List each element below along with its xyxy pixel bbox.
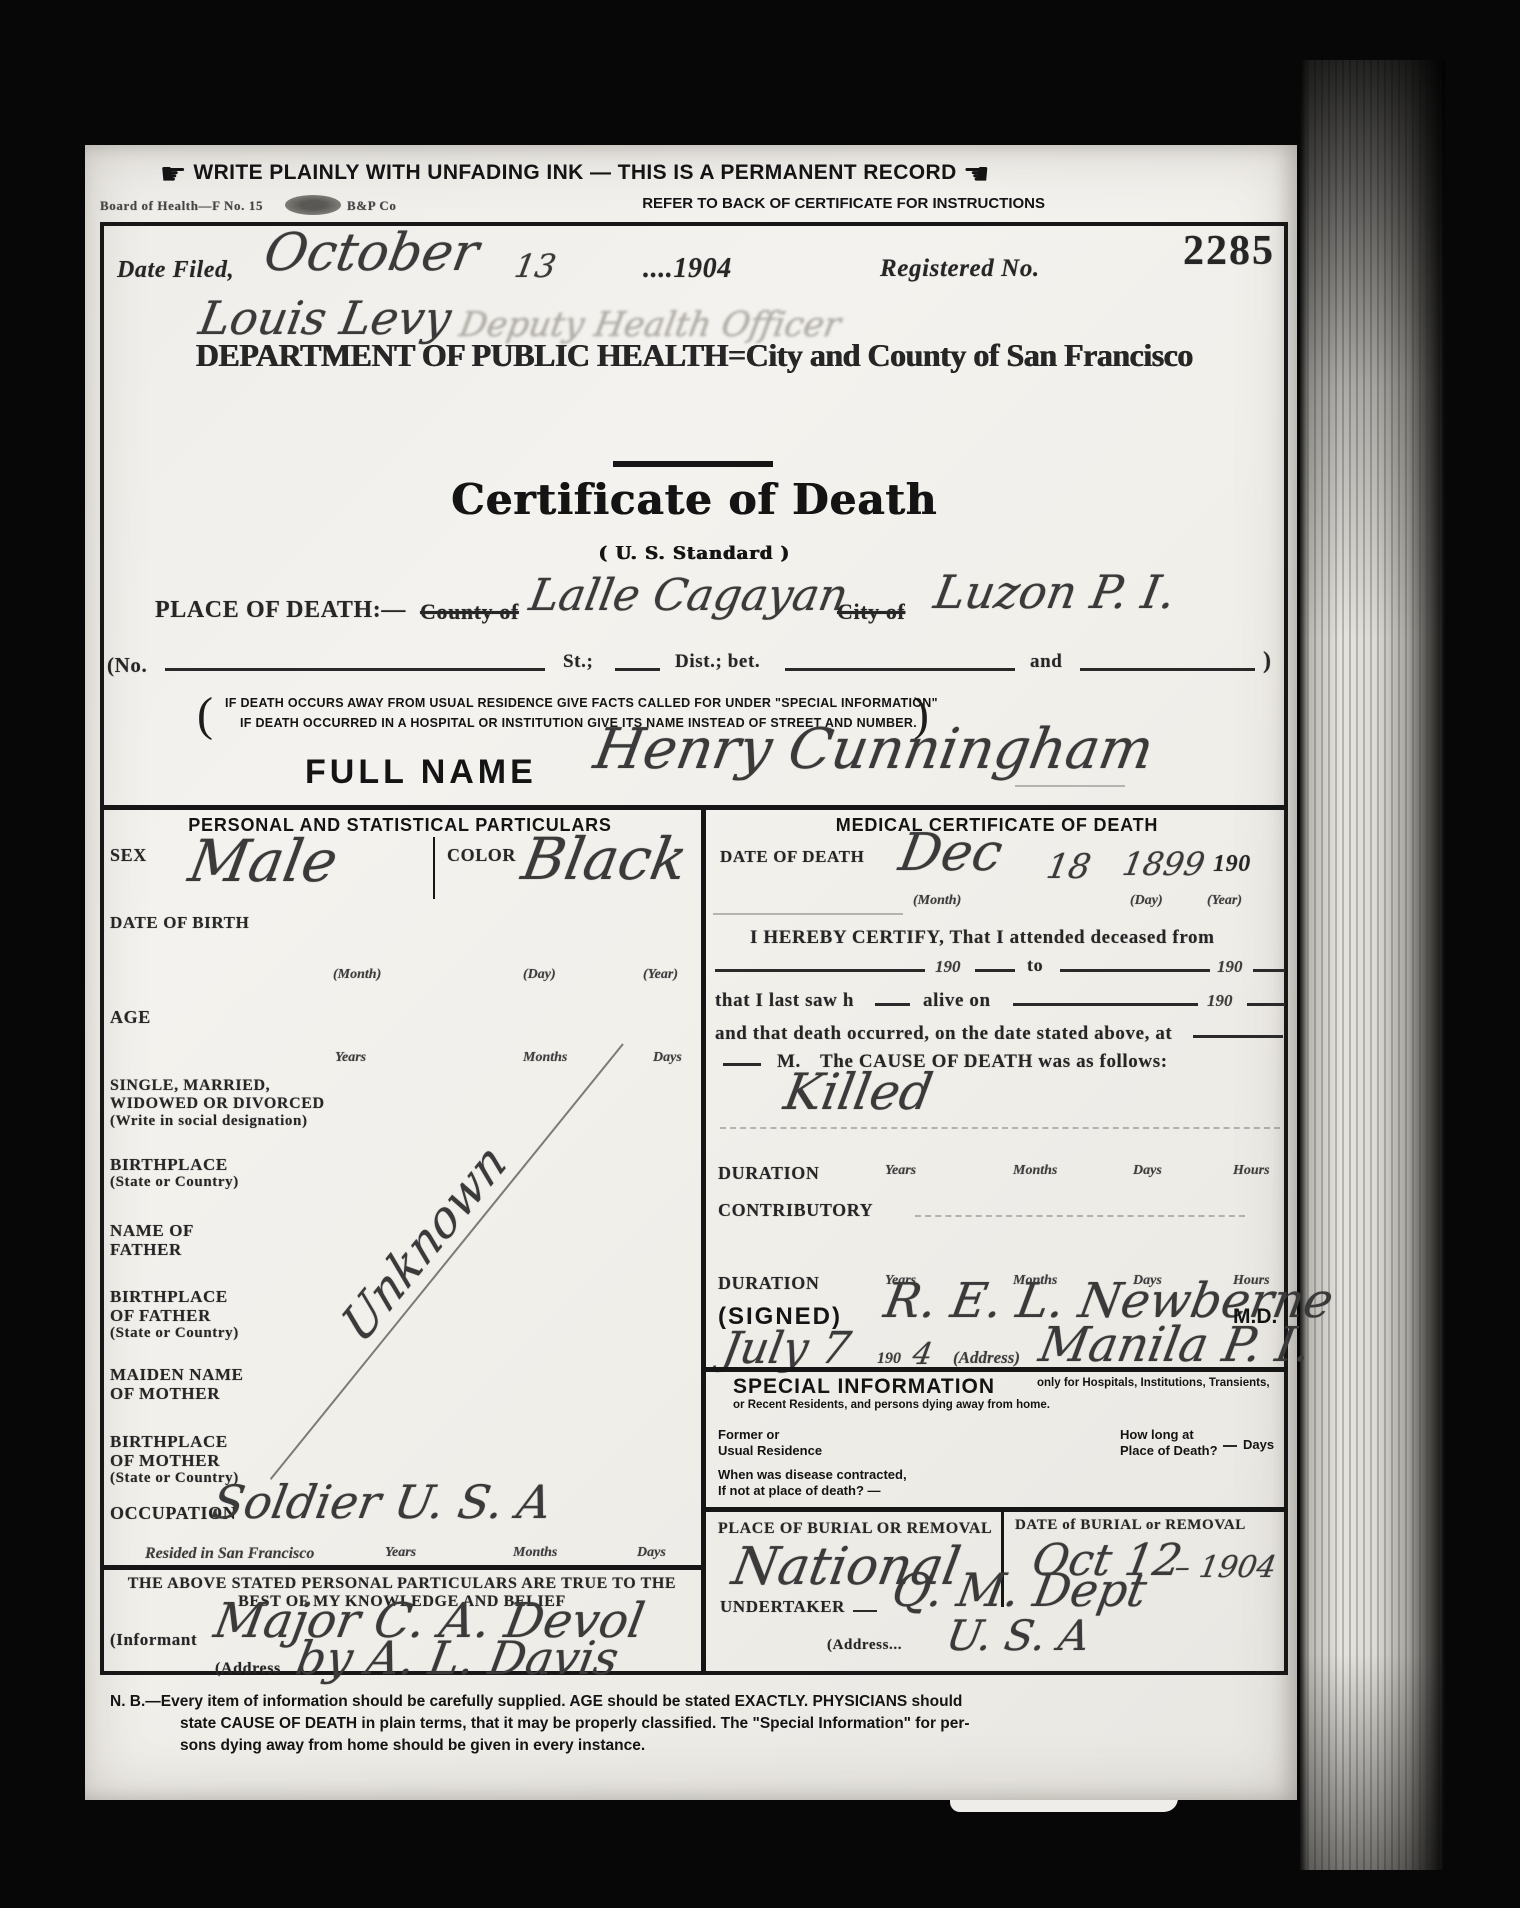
how-long-dash bbox=[1223, 1445, 1237, 1447]
county-of-label: County of bbox=[420, 599, 519, 625]
special-title: SPECIAL INFORMATION bbox=[733, 1375, 995, 1399]
signed-address-value: Manila P. I. bbox=[1035, 1317, 1315, 1373]
marital-label-1: SINGLE, MARRIED, bbox=[110, 1077, 270, 1095]
how-long-label-1: How long at bbox=[1120, 1427, 1194, 1442]
informant-address-value: by A. L. Davis bbox=[292, 1631, 622, 1685]
dod-year-printed: 190 bbox=[1213, 851, 1251, 878]
resided-label: Resided in San Francisco bbox=[145, 1545, 314, 1563]
form-reference: Board of Health—F No. 15 bbox=[100, 198, 263, 214]
age-days-hint: Days bbox=[653, 1050, 682, 1066]
certificate-title: Certificate of Death bbox=[100, 475, 1288, 524]
undertaker-dash bbox=[853, 1610, 877, 1612]
stamp-mark bbox=[285, 195, 341, 215]
contracted-label-2: If not at place of death? — bbox=[718, 1483, 881, 1498]
certify-190b: 190 bbox=[1217, 957, 1243, 977]
father-birthplace-label-1: BIRTHPLACE bbox=[110, 1287, 228, 1307]
date-of-death-year-hw: 1899 bbox=[1120, 845, 1208, 883]
age-label: AGE bbox=[110, 1007, 151, 1028]
special-top-rule bbox=[703, 1367, 1288, 1372]
us-standard: ( U. S. Standard ) bbox=[100, 543, 1288, 564]
contributory-label: CONTRIBUTORY bbox=[718, 1200, 873, 1221]
mother-birthplace-label-2: OF MOTHER bbox=[110, 1451, 220, 1471]
duration1-hours: Hours bbox=[1233, 1163, 1270, 1179]
street-close-paren: ) bbox=[1263, 648, 1272, 675]
special-title-small-2: or Recent Residents, and persons dying a… bbox=[733, 1399, 1050, 1411]
certificate-paper: ☛ WRITE PLAINLY WITH UNFADING INK — THIS… bbox=[85, 145, 1297, 1800]
certify-line1-dash1 bbox=[715, 969, 925, 972]
color-value: Black bbox=[517, 825, 692, 893]
dod-month-hint: (Month) bbox=[913, 893, 961, 909]
note-open-paren: ( bbox=[197, 687, 213, 742]
certify-line: I HEREBY CERTIFY, That I attended deceas… bbox=[750, 927, 1215, 949]
dob-label: DATE OF BIRTH bbox=[110, 913, 249, 933]
contracted-label-1: When was disease contracted, bbox=[718, 1467, 907, 1482]
date-filed-year: ....1904 bbox=[643, 253, 732, 285]
sex-color-divider bbox=[433, 837, 435, 899]
how-long-label-2: Place of Death? bbox=[1120, 1443, 1218, 1458]
dod-day-hint: (Day) bbox=[1130, 893, 1163, 909]
signed-year-printed: 190 bbox=[877, 1350, 901, 1368]
last-saw-label: that I last saw h bbox=[715, 990, 854, 1012]
attestation-line1: THE ABOVE STATED PERSONAL PARTICULARS AR… bbox=[103, 1575, 701, 1593]
sex-label: SEX bbox=[110, 845, 147, 866]
residence-note-line1: IF DEATH OCCURS AWAY FROM USUAL RESIDENC… bbox=[225, 696, 1185, 710]
full-name-value: Henry Cunningham bbox=[589, 717, 1158, 782]
duration-label-2: DURATION bbox=[718, 1273, 819, 1294]
former-label-1: Former or bbox=[718, 1427, 779, 1442]
burial-top-rule bbox=[703, 1507, 1288, 1512]
undertaker-address-label: (Address... bbox=[827, 1637, 902, 1654]
father-label-2: FATHER bbox=[110, 1240, 182, 1260]
st-line bbox=[615, 668, 660, 671]
registered-number: 2285 bbox=[1125, 227, 1275, 275]
department-title: DEPARTMENT OF PUBLIC HEALTH=City and Cou… bbox=[100, 337, 1288, 374]
date-of-death-month-value: Dec bbox=[895, 823, 1007, 883]
how-long-days-label: Days bbox=[1243, 1437, 1274, 1452]
no-line bbox=[165, 668, 545, 671]
footnote-line3: sons dying away from home should be give… bbox=[180, 1737, 645, 1755]
marital-label-3: (Write in social designation) bbox=[110, 1113, 308, 1130]
cause-line bbox=[720, 1127, 1280, 1129]
resided-days-hint: Days bbox=[637, 1545, 666, 1561]
death-occurred-label: and that death occurred, on the date sta… bbox=[715, 1023, 1172, 1045]
birthplace-label-1: BIRTHPLACE bbox=[110, 1155, 228, 1175]
sex-value: Male bbox=[184, 827, 343, 895]
burial-place-label: PLACE OF BURIAL OR REMOVAL bbox=[718, 1520, 992, 1538]
pointing-hand-left-icon: ☚ bbox=[963, 157, 990, 192]
pointing-hand-right-icon: ☛ bbox=[160, 157, 187, 192]
last-saw-dash3 bbox=[1247, 1003, 1285, 1006]
date-filed-label: Date Filed, bbox=[117, 257, 234, 284]
certify-line1-dash4 bbox=[1253, 969, 1285, 972]
dist-line bbox=[785, 668, 1015, 671]
occupation-value: Soldier U. S. A bbox=[208, 1475, 556, 1529]
signed-address-label: (Address) bbox=[953, 1348, 1020, 1368]
date-of-death-label: DATE OF DEATH bbox=[720, 847, 864, 867]
duration1-days: Days bbox=[1133, 1163, 1162, 1179]
father-label-1: NAME OF bbox=[110, 1221, 194, 1241]
scanned-death-certificate: ☛ WRITE PLAINLY WITH UNFADING INK — THIS… bbox=[0, 0, 1520, 1908]
and-line bbox=[1080, 668, 1255, 671]
dod-row-line bbox=[713, 913, 903, 915]
dod-year-hint: (Year) bbox=[1207, 893, 1242, 909]
certify-line1-dash2 bbox=[975, 969, 1015, 972]
full-name-line bbox=[1015, 785, 1125, 787]
refer-note: REFER TO BACK OF CERTIFICATE FOR INSTRUC… bbox=[615, 195, 1045, 212]
color-label: COLOR bbox=[447, 845, 516, 866]
city-value: Luzon P. I. bbox=[930, 565, 1180, 619]
duration-label-1: DURATION bbox=[718, 1163, 819, 1184]
birthplace-label-2: (State or Country) bbox=[110, 1174, 239, 1191]
certify-line1-dash3 bbox=[1060, 969, 1210, 972]
undertaker-label: UNDERTAKER bbox=[720, 1597, 845, 1617]
last-saw-190: 190 bbox=[1207, 991, 1233, 1011]
age-years-hint: Years bbox=[335, 1050, 366, 1066]
county-value: Lalle Cagayan bbox=[526, 570, 852, 621]
book-page-edges bbox=[1300, 60, 1445, 1870]
burial-date-label: DATE of BURIAL or REMOVAL bbox=[1015, 1517, 1246, 1534]
special-title-small-1: only for Hospitals, Institutions, Transi… bbox=[1037, 1377, 1270, 1389]
dist-label: Dist.; bet. bbox=[675, 651, 760, 673]
death-occurred-dash bbox=[1193, 1035, 1283, 1038]
duration1-years: Years bbox=[885, 1163, 916, 1179]
column-divider bbox=[701, 805, 706, 1675]
certify-to: to bbox=[1027, 955, 1043, 976]
date-filed-day-value: 13 bbox=[512, 247, 559, 285]
last-saw-dash1 bbox=[875, 1003, 910, 1006]
burial-date-year: – 1904 bbox=[1172, 1550, 1279, 1585]
section-top-rule bbox=[100, 805, 1288, 810]
printer-mark: B&P Co bbox=[347, 198, 396, 214]
former-label-2: Usual Residence bbox=[718, 1443, 822, 1458]
m-dash bbox=[723, 1063, 761, 1066]
st-label: St.; bbox=[563, 651, 593, 673]
city-of-label: City of bbox=[837, 599, 905, 625]
place-of-death-label: PLACE OF DEATH:— bbox=[155, 597, 406, 624]
contributory-line bbox=[915, 1215, 1245, 1217]
alive-on-label: alive on bbox=[923, 990, 991, 1012]
no-label: (No. bbox=[107, 653, 147, 678]
last-saw-dash2 bbox=[1013, 1003, 1198, 1006]
father-birthplace-label-2: OF FATHER bbox=[110, 1306, 211, 1326]
mother-birthplace-label-1: BIRTHPLACE bbox=[110, 1432, 228, 1452]
banner: ☛ WRITE PLAINLY WITH UNFADING INK — THIS… bbox=[125, 157, 1025, 192]
date-of-death-day-value: 18 bbox=[1043, 847, 1093, 887]
mother-name-label-2: OF MOTHER bbox=[110, 1384, 220, 1404]
full-name-label: FULL NAME bbox=[305, 753, 537, 792]
cause-value: Killed bbox=[780, 1063, 937, 1121]
dob-day-hint: (Day) bbox=[523, 967, 556, 983]
informant-label: (Informant bbox=[110, 1630, 197, 1650]
and-label: and bbox=[1030, 651, 1062, 673]
footnote-line1: N. B.—Every item of information should b… bbox=[110, 1693, 962, 1711]
certify-190a: 190 bbox=[935, 957, 961, 977]
undertaker-value: Q. M. Dept bbox=[888, 1563, 1151, 1617]
dob-month-hint: (Month) bbox=[333, 967, 381, 983]
registered-no-label: Registered No. bbox=[880, 255, 1040, 283]
banner-text: WRITE PLAINLY WITH UNFADING INK — THIS I… bbox=[193, 161, 956, 184]
marital-label-2: WIDOWED OR DIVORCED bbox=[110, 1095, 325, 1113]
resided-months-hint: Months bbox=[513, 1545, 557, 1561]
attestation-top-rule bbox=[100, 1565, 703, 1570]
date-filed-month-value: October bbox=[260, 223, 483, 283]
dob-year-hint: (Year) bbox=[643, 967, 678, 983]
undertaker-address-value: U. S. A bbox=[943, 1611, 1094, 1660]
informant-address-label: (Address bbox=[215, 1660, 281, 1678]
duration1-months: Months bbox=[1013, 1163, 1057, 1179]
resided-years-hint: Years bbox=[385, 1545, 416, 1561]
father-birthplace-label-3: (State or Country) bbox=[110, 1325, 239, 1342]
mother-name-label-1: MAIDEN NAME bbox=[110, 1365, 244, 1385]
title-divider bbox=[613, 461, 773, 467]
footnote-line2: state CAUSE OF DEATH in plain terms, tha… bbox=[180, 1715, 970, 1733]
